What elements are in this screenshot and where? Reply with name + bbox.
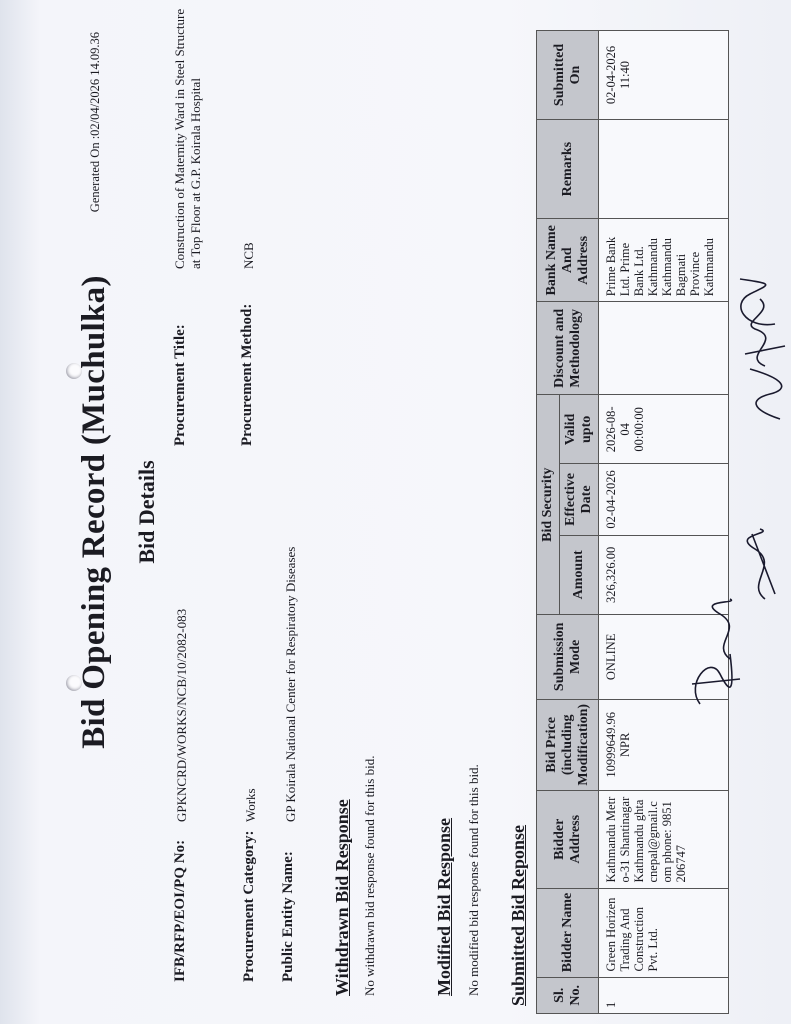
header-bid-security: Bid Security [537, 395, 560, 615]
procurement-title-label: Procurement Title: [172, 324, 189, 446]
header-discount: Discount and Methodology [537, 302, 599, 395]
cell-effective-date: 02-04-2026 [599, 464, 729, 535]
signature-6 [725, 274, 785, 334]
header-sl-no: Sl. No. [537, 977, 599, 1013]
modified-heading: Modified Bid Response [434, 818, 455, 996]
header-remarks: Remarks [537, 119, 599, 218]
procurement-method-label: Procurement Method: [239, 304, 256, 446]
procurement-category-label: Procurement Category: [241, 831, 258, 982]
cell-remarks [599, 119, 729, 218]
header-valid-upto: Valid upto [560, 395, 599, 464]
signature-2 [700, 594, 760, 664]
scanned-page: Bid Opening Record (Muchulka) Generated … [0, 0, 791, 1024]
withdrawn-note: No withdrawn bid response found for this… [362, 756, 378, 996]
public-entity-label: Public Entity Name: [280, 851, 297, 982]
header-effective-date: Effective Date [560, 464, 599, 535]
cell-bidder-name: Green Horizen Trading And Construction P… [599, 888, 729, 977]
cell-valid-upto: 2026-08-04 00:00:00 [599, 395, 729, 464]
bid-details-heading: Bid Details [134, 0, 160, 1024]
header-bid-price: Bid Price (including Modification) [537, 699, 599, 791]
cell-discount [599, 302, 729, 395]
header-bank: Bank Name And Address [537, 219, 599, 302]
submitted-heading: Submitted Bid Reponse [508, 825, 529, 1006]
procurement-category-value: Works [243, 788, 259, 822]
public-entity-value: GP Koirala National Center for Respirato… [283, 547, 299, 822]
cell-bidder-address: Kathmandu Metro-31 Shantinagar Kathmandu… [599, 791, 729, 888]
header-submitted-on: Submitted On [537, 31, 599, 120]
procurement-title-value: Construction of Maternity Ward in Steel … [172, 4, 204, 269]
modified-note: No modified bid response found for this … [466, 764, 482, 996]
header-submission-mode: Submission Mode [537, 615, 599, 699]
rotated-document: Bid Opening Record (Muchulka) Generated … [0, 0, 791, 1024]
procurement-method-value: NCB [241, 242, 257, 269]
header-bidder-name: Bidder Name [537, 888, 599, 977]
table-row: 1 Green Horizen Trading And Construction… [599, 31, 729, 1014]
cell-bank: Prime Bank Ltd. Prime Bank Ltd. Kathmand… [599, 219, 729, 302]
cell-submitted-on: 02-04-2026 11:40 [599, 31, 729, 120]
submitted-bids-table: Sl. No. Bidder Name Bidder Address Bid P… [536, 30, 729, 1014]
ifb-label: IFB/RFP/EOI/PQ No: [172, 840, 189, 982]
withdrawn-heading: Withdrawn Bid Response [332, 799, 353, 996]
ifb-value: GPKNCRD/WORKS/NCB/10/2082-083 [174, 609, 190, 822]
header-amount: Amount [560, 535, 599, 615]
cell-sl-no: 1 [599, 977, 729, 1013]
signature-3 [740, 524, 790, 604]
generated-on: Generated On :02/04/2026 14.09.36 [88, 32, 103, 212]
header-bidder-address: Bidder Address [537, 791, 599, 888]
